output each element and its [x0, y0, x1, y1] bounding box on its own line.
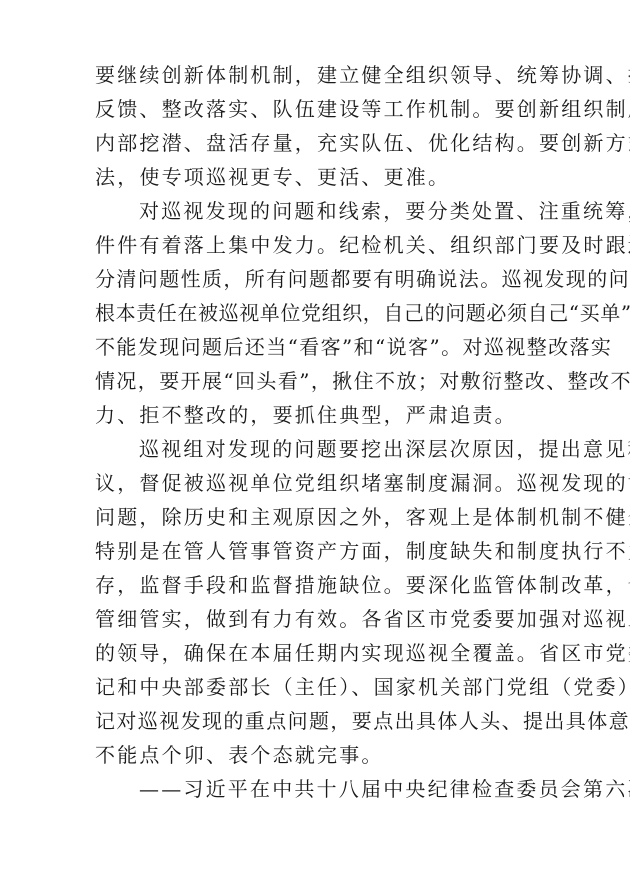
text-line: 存，监督手段和监督措施缺位。要深化监管体制改革，切实: [95, 568, 541, 602]
text-line: 力、拒不整改的，要抓住典型，严肃追责。: [95, 398, 541, 432]
text-line: 分清问题性质，所有问题都要有明确说法。巡视发现的问题，: [95, 262, 541, 296]
text-line: 法，使专项巡视更专、更活、更准。: [95, 160, 541, 194]
attribution-line: ——习近平在中共十八届中央纪律检查委员会第六次: [95, 772, 541, 806]
paragraph-2: 对巡视发现的问题和线索，要分类处置、注重统筹，在 件件有着落上集中发力。纪检机关…: [95, 194, 541, 432]
text-line: 记和中央部委部长（主任）、国家机关部门党组（党委）书: [95, 670, 541, 704]
text-line: 管细管实，做到有力有效。各省区市党委要加强对巡视工作: [95, 602, 541, 636]
text-line: 记对巡视发现的重点问题，要点出具体人头、提出具体意见，: [95, 704, 541, 738]
text-line: 不能发现问题后还当“看客”和“说客”。对巡视整改落实: [95, 330, 541, 364]
text-line: 件件有着落上集中发力。纪检机关、组织部门要及时跟进，: [95, 228, 541, 262]
text-line: 的领导，确保在本届任期内实现巡视全覆盖。省区市党委书: [95, 636, 541, 670]
text-line: 特别是在管人管事管资产方面，制度缺失和制度执行不力并: [95, 534, 541, 568]
document-page: 要继续创新体制机制，建立健全组织领导、统筹协调、报告 反馈、整改落实、队伍建设等…: [95, 58, 541, 806]
text-line: 议，督促被巡视单位党组织堵塞制度漏洞。巡视发现的诸多: [95, 466, 541, 500]
text-line: 根本责任在被巡视单位党组织，自己的问题必须自己“买单”，: [95, 296, 541, 330]
text-line: 要继续创新体制机制，建立健全组织领导、统筹协调、报告: [95, 58, 541, 92]
text-line: 情况，要开展“回头看”，揪住不放；对敷衍整改、整改不: [95, 364, 541, 398]
text-line: 不能点个卯、表个态就完事。: [95, 738, 541, 772]
paragraph-3: 巡视组对发现的问题要挖出深层次原因，提出意见和建 议，督促被巡视单位党组织堵塞制…: [95, 432, 541, 772]
text-line: 问题，除历史和主观原因之外，客观上是体制机制不健全，: [95, 500, 541, 534]
attribution: ——习近平在中共十八届中央纪律检查委员会第六次: [95, 772, 541, 806]
text-line: 对巡视发现的问题和线索，要分类处置、注重统筹，在: [95, 194, 541, 228]
text-line: 巡视组对发现的问题要挖出深层次原因，提出意见和建: [95, 432, 541, 466]
text-line: 反馈、整改落实、队伍建设等工作机制。要创新组织制度，: [95, 92, 541, 126]
paragraph-1: 要继续创新体制机制，建立健全组织领导、统筹协调、报告 反馈、整改落实、队伍建设等…: [95, 58, 541, 194]
text-line: 内部挖潜、盘活存量，充实队伍、优化结构。要创新方式方: [95, 126, 541, 160]
